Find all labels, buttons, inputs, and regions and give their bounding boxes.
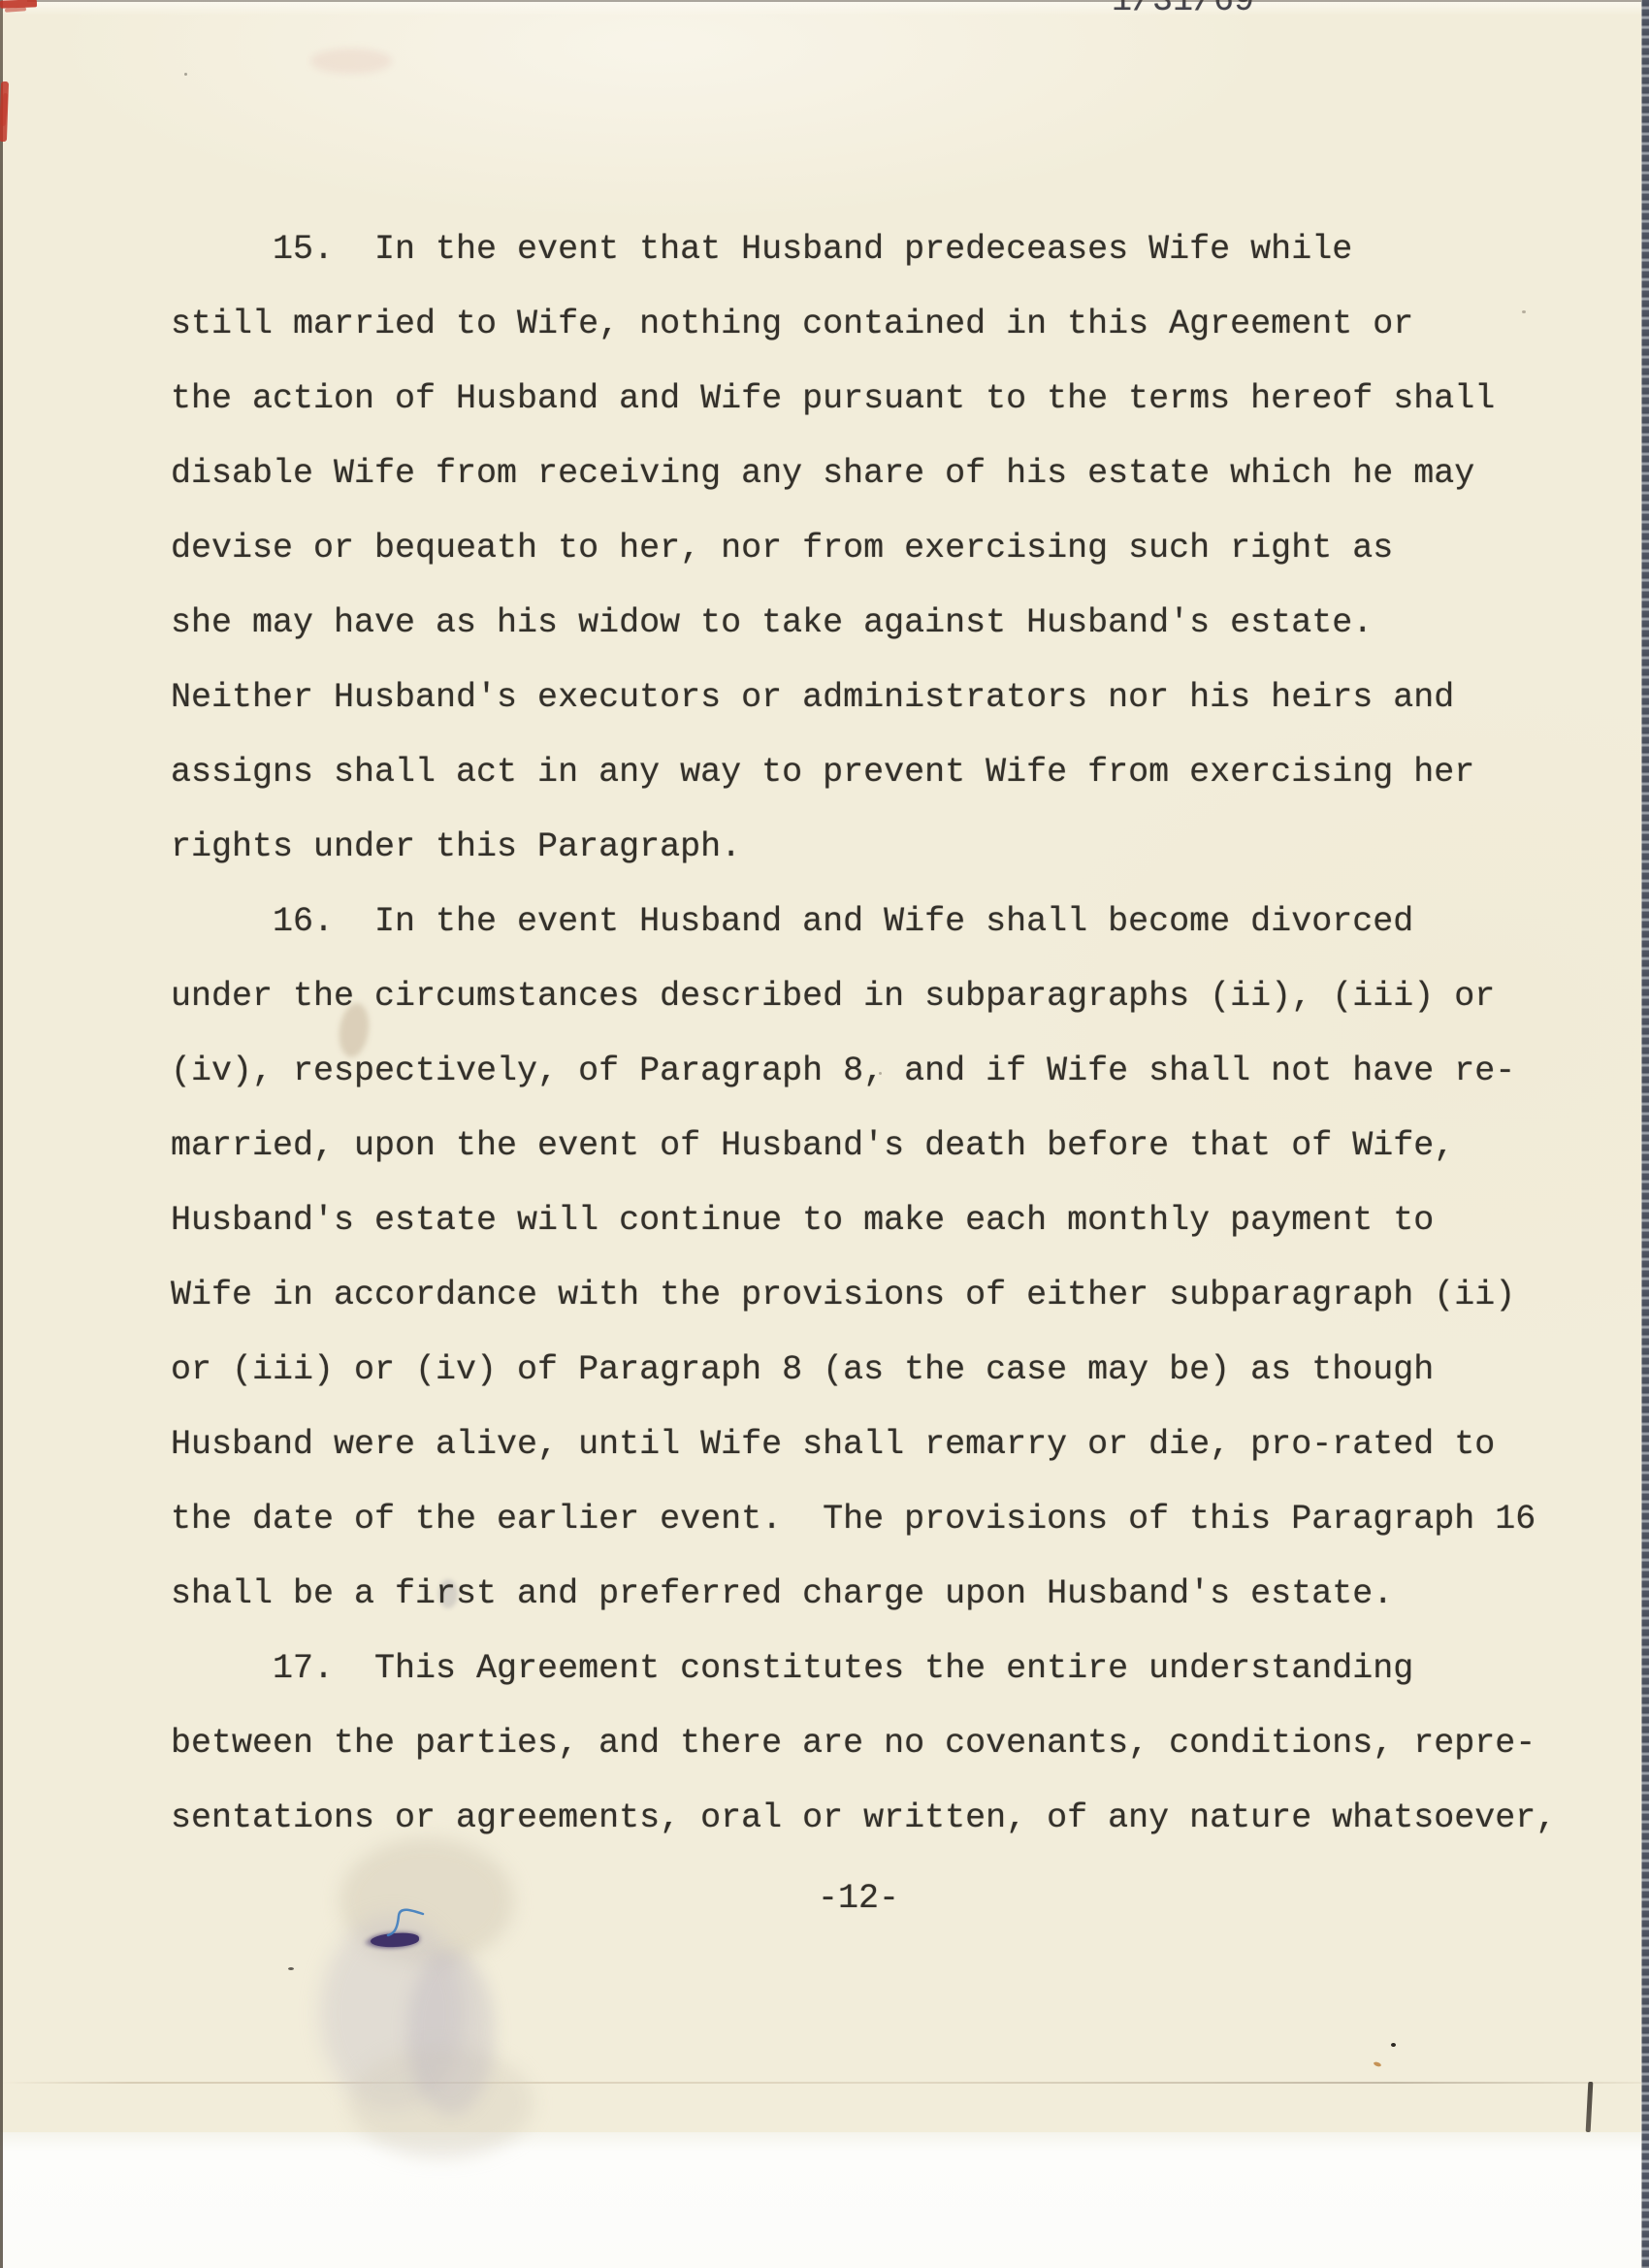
page-number: -12- bbox=[818, 1862, 899, 1936]
typed-line: under the circumstances described in sub… bbox=[171, 959, 1556, 1034]
typed-line: Neither Husband's executors or administr… bbox=[171, 661, 1556, 735]
typed-line: rights under this Paragraph. bbox=[171, 810, 1556, 885]
scan-right-edge-band bbox=[1641, 0, 1649, 2268]
typed-line: the date of the earlier event. The provi… bbox=[171, 1482, 1556, 1557]
blue-pen-squiggle bbox=[386, 1907, 425, 1938]
paper-top-edge-line bbox=[27, 0, 1642, 2]
typed-line: assigns shall act in any way to prevent … bbox=[171, 735, 1556, 810]
typed-line: (iv), respectively, of Paragraph 8, and … bbox=[171, 1034, 1556, 1109]
typed-line: married, upon the event of Husband's dea… bbox=[171, 1109, 1556, 1183]
dust-speck bbox=[1374, 2061, 1382, 2067]
paper-crease-line bbox=[0, 2082, 1642, 2084]
pen-mark bbox=[1586, 2082, 1594, 2132]
typed-line: the action of Husband and Wife pursuant … bbox=[171, 362, 1556, 437]
typed-line: she may have as his widow to take agains… bbox=[171, 586, 1556, 661]
typed-line: shall be a first and preferred charge up… bbox=[171, 1557, 1556, 1632]
dust-speck bbox=[1391, 2043, 1396, 2047]
paper-left-edge-line bbox=[0, 0, 3, 2268]
typed-line: Husband's estate will continue to make e… bbox=[171, 1183, 1556, 1258]
typed-line: devise or bequeath to her, nor from exer… bbox=[171, 511, 1556, 586]
document-body: 15. In the event that Husband predecease… bbox=[171, 212, 1556, 1856]
typed-line: still married to Wife, nothing contained… bbox=[171, 287, 1556, 362]
typed-line: or (iii) or (iv) of Paragraph 8 (as the … bbox=[171, 1333, 1556, 1408]
typed-line: 16. In the event Husband and Wife shall … bbox=[171, 885, 1556, 959]
dust-speck bbox=[184, 73, 187, 76]
header-date: 1/31/69 bbox=[1112, 0, 1254, 39]
dust-speck bbox=[288, 1967, 294, 1970]
red-pen-mark bbox=[5, 7, 26, 13]
typed-line: 17. This Agreement constitutes the entir… bbox=[171, 1632, 1556, 1706]
typed-line: 15. In the event that Husband predecease… bbox=[171, 212, 1556, 287]
scanned-document-page: 1/31/69 15. In the event that Husband pr… bbox=[0, 0, 1649, 2268]
typed-line: Wife in accordance with the provisions o… bbox=[171, 1258, 1556, 1333]
typed-line: Husband were alive, until Wife shall rem… bbox=[171, 1408, 1556, 1482]
smudge bbox=[310, 49, 392, 74]
typed-line: between the parties, and there are no co… bbox=[171, 1706, 1556, 1781]
paper-bottom-edge bbox=[0, 2132, 1649, 2268]
typed-line: disable Wife from receiving any share of… bbox=[171, 437, 1556, 511]
typed-line: sentations or agreements, oral or writte… bbox=[171, 1781, 1556, 1856]
water-stain bbox=[407, 1950, 495, 2115]
